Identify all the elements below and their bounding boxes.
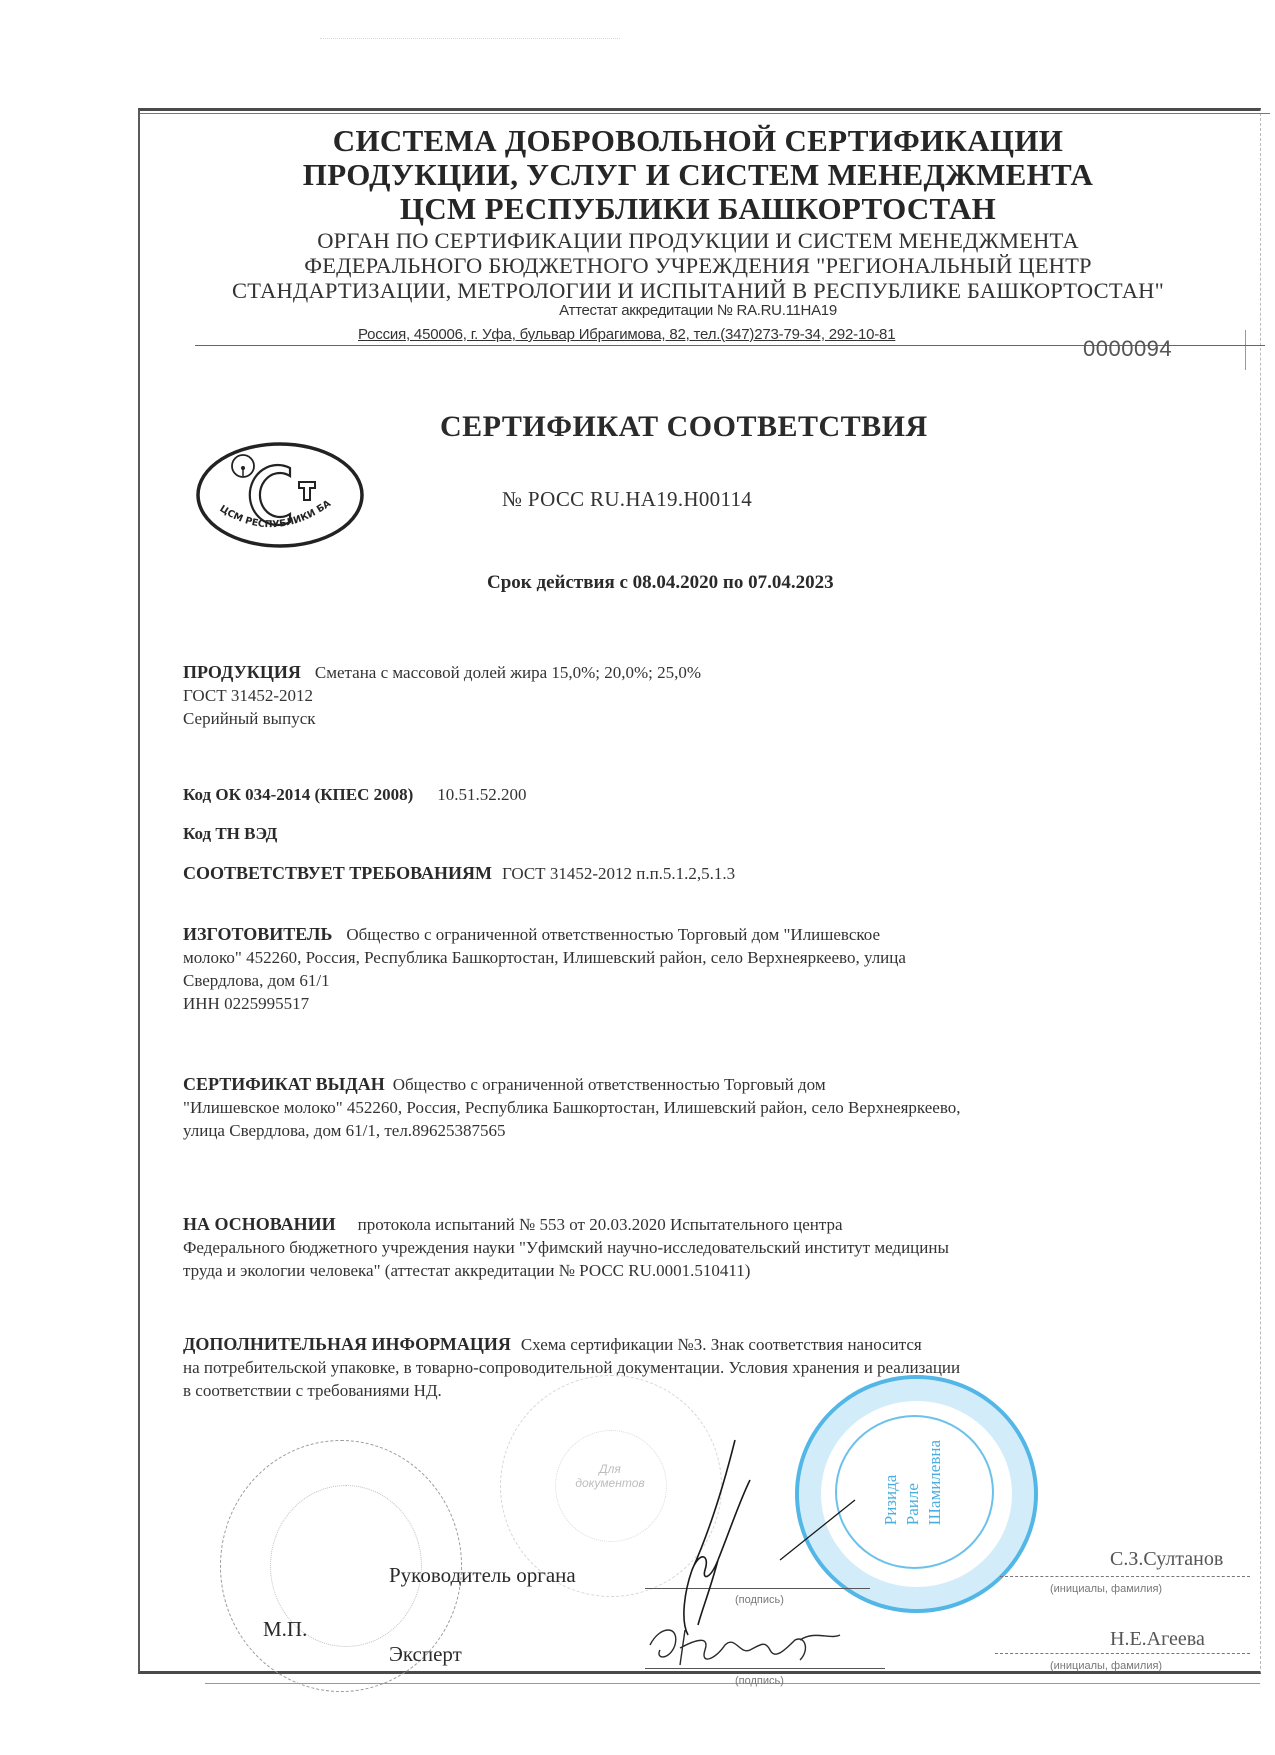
svg-text:ЦСМ РЕСПУБЛИКИ БАШКОРТОСТАН: ЦСМ РЕСПУБЛИКИ БАШКОРТОСТАН: [195, 440, 334, 530]
issued-to-name: Общество с ограниченной ответственностью…: [393, 1075, 826, 1094]
basis-lab-cont: труда и экологии человека" (аттестат акк…: [183, 1259, 1263, 1282]
manufacturer-section: ИЗГОТОВИТЕЛЬОбщество с ограниченной отве…: [183, 923, 1263, 1015]
stamp-text-line: Шамилевна: [925, 1440, 944, 1525]
conformity-value: ГОСТ 31452-2012 п.п.5.1.2,5.1.3: [502, 864, 735, 883]
certification-body-heading: ОРГАН ПО СЕРТИФИКАЦИИ ПРОДУКЦИИ И СИСТЕМ…: [138, 228, 1258, 303]
product-standard: ГОСТ 31452-2012: [183, 684, 1263, 707]
head-name-line: [1000, 1576, 1250, 1577]
additional-info-text-cont: в соответствии с требованиями НД.: [183, 1379, 1263, 1402]
head-name-caption: (инициалы, фамилия): [1050, 1583, 1162, 1595]
heading-line: ОРГАН ПО СЕРТИФИКАЦИИ ПРОДУКЦИИ И СИСТЕМ…: [138, 228, 1258, 253]
organ-address: Россия, 450006, г. Уфа, бульвар Ибрагимо…: [358, 326, 895, 343]
issued-to-address-cont: улица Свердлова, дом 61/1, тел.896253875…: [183, 1119, 1263, 1142]
tnved-label: Код ТН ВЭД: [183, 824, 277, 843]
tnved-code-section: Код ТН ВЭД: [183, 822, 1263, 845]
blank-serial-number: 0000094: [1083, 336, 1172, 362]
certification-system-heading: СИСТЕМА ДОБРОВОЛЬНОЙ СЕРТИФИКАЦИИ ПРОДУК…: [138, 124, 1258, 226]
okpd-label: Код ОК 034-2014 (КПЕС 2008): [183, 785, 413, 804]
okpd-code-section: Код ОК 034-2014 (КПЕС 2008)10.51.52.200: [183, 783, 1263, 806]
heading-line: СИСТЕМА ДОБРОВОЛЬНОЙ СЕРТИФИКАЦИИ: [138, 124, 1258, 158]
heading-line: СТАНДАРТИЗАЦИИ, МЕТРОЛОГИИ И ИСПЫТАНИЙ В…: [138, 278, 1258, 303]
head-of-body-role: Руководитель органа: [389, 1563, 576, 1588]
certificate-number: № РОСС RU.HA19.H00114: [502, 487, 752, 512]
expert-signature-icon: [640, 1620, 870, 1670]
manufacturer-address: молоко" 452260, Россия, Республика Башко…: [183, 946, 1263, 969]
head-name: С.З.Султанов: [1110, 1548, 1223, 1571]
heading-line: ПРОДУКЦИИ, УСЛУГ И СИСТЕМ МЕНЕДЖМЕНТА: [138, 158, 1258, 192]
expert-name-line: [995, 1653, 1250, 1654]
heading-line: ФЕДЕРАЛЬНОГО БЮДЖЕТНОГО УЧРЕЖДЕНИЯ "РЕГИ…: [138, 253, 1258, 278]
expert-role: Эксперт: [389, 1642, 462, 1667]
additional-info-text: на потребительской упаковке, в товарно-с…: [183, 1356, 1263, 1379]
issued-to-label: СЕРТИФИКАТ ВЫДАН: [183, 1074, 385, 1094]
expert-signature-caption: (подпись): [735, 1675, 784, 1687]
stamp-place-label: М.П.: [263, 1617, 307, 1642]
head-signature-icon: [640, 1420, 900, 1650]
frame-right-tick: [1245, 330, 1246, 370]
basis-protocol: протокола испытаний № 553 от 20.03.2020 …: [358, 1215, 843, 1234]
conformity-label: СООТВЕТСТВУЕТ ТРЕБОВАНИЯМ: [183, 863, 492, 883]
expert-name: Н.Е.Агеева: [1110, 1628, 1205, 1651]
manufacturer-name: Общество с ограниченной ответственностью…: [346, 925, 880, 944]
heading-line: ЦСМ РЕСПУБЛИКИ БАШКОРТОСТАН: [138, 192, 1258, 226]
certificate-title: СЕРТИФИКАТ СООТВЕТСТВИЯ: [440, 410, 928, 444]
expert-name-caption: (инициалы, фамилия): [1050, 1660, 1162, 1672]
additional-info-scheme: Схема сертификации №3. Знак соответствия…: [521, 1335, 922, 1354]
product-name: Сметана с массовой долей жира 15,0%; 20,…: [315, 663, 701, 682]
basis-lab: Федерального бюджетного учреждения науки…: [183, 1236, 1263, 1259]
frame-inner-rule: [140, 113, 1270, 114]
scan-artifact: [320, 38, 620, 45]
issued-to-address: "Илишевское молоко" 452260, Россия, Респ…: [183, 1096, 1263, 1119]
manufacturer-inn: ИНН 0225995517: [183, 992, 1263, 1015]
stamp-text-line: Раиле: [903, 1483, 922, 1525]
validity-period: Срок действия с 08.04.2020 по 07.04.2023: [487, 572, 834, 594]
additional-info-section: ДОПОЛНИТЕЛЬНАЯ ИНФОРМАЦИЯСхема сертифика…: [183, 1333, 1263, 1402]
accreditation-number: Аттестат аккредитации № RA.RU.11HA19: [138, 302, 1258, 320]
basis-label: НА ОСНОВАНИИ: [183, 1214, 336, 1234]
csm-logo-icon: ЦСМ РЕСПУБЛИКИ БАШКОРТОСТАН: [195, 440, 365, 550]
additional-info-label: ДОПОЛНИТЕЛЬНАЯ ИНФОРМАЦИЯ: [183, 1334, 511, 1354]
manufacturer-label: ИЗГОТОВИТЕЛЬ: [183, 924, 332, 944]
okpd-value: 10.51.52.200: [437, 785, 526, 804]
logo-caption: ЦСМ РЕСПУБЛИКИ БАШКОРТОСТАН: [195, 440, 334, 530]
product-release-type: Серийный выпуск: [183, 707, 1263, 730]
conformity-section: СООТВЕТСТВУЕТ ТРЕБОВАНИЯМГОСТ 31452-2012…: [183, 862, 1263, 885]
manufacturer-address-cont: Свердлова, дом 61/1: [183, 969, 1263, 992]
basis-section: НА ОСНОВАНИИпротокола испытаний № 553 от…: [183, 1213, 1263, 1282]
issued-to-section: СЕРТИФИКАТ ВЫДАНОбщество с ограниченной …: [183, 1073, 1263, 1142]
product-section: ПРОДУКЦИЯСметана с массовой долей жира 1…: [183, 661, 1263, 730]
product-label: ПРОДУКЦИЯ: [183, 662, 301, 682]
